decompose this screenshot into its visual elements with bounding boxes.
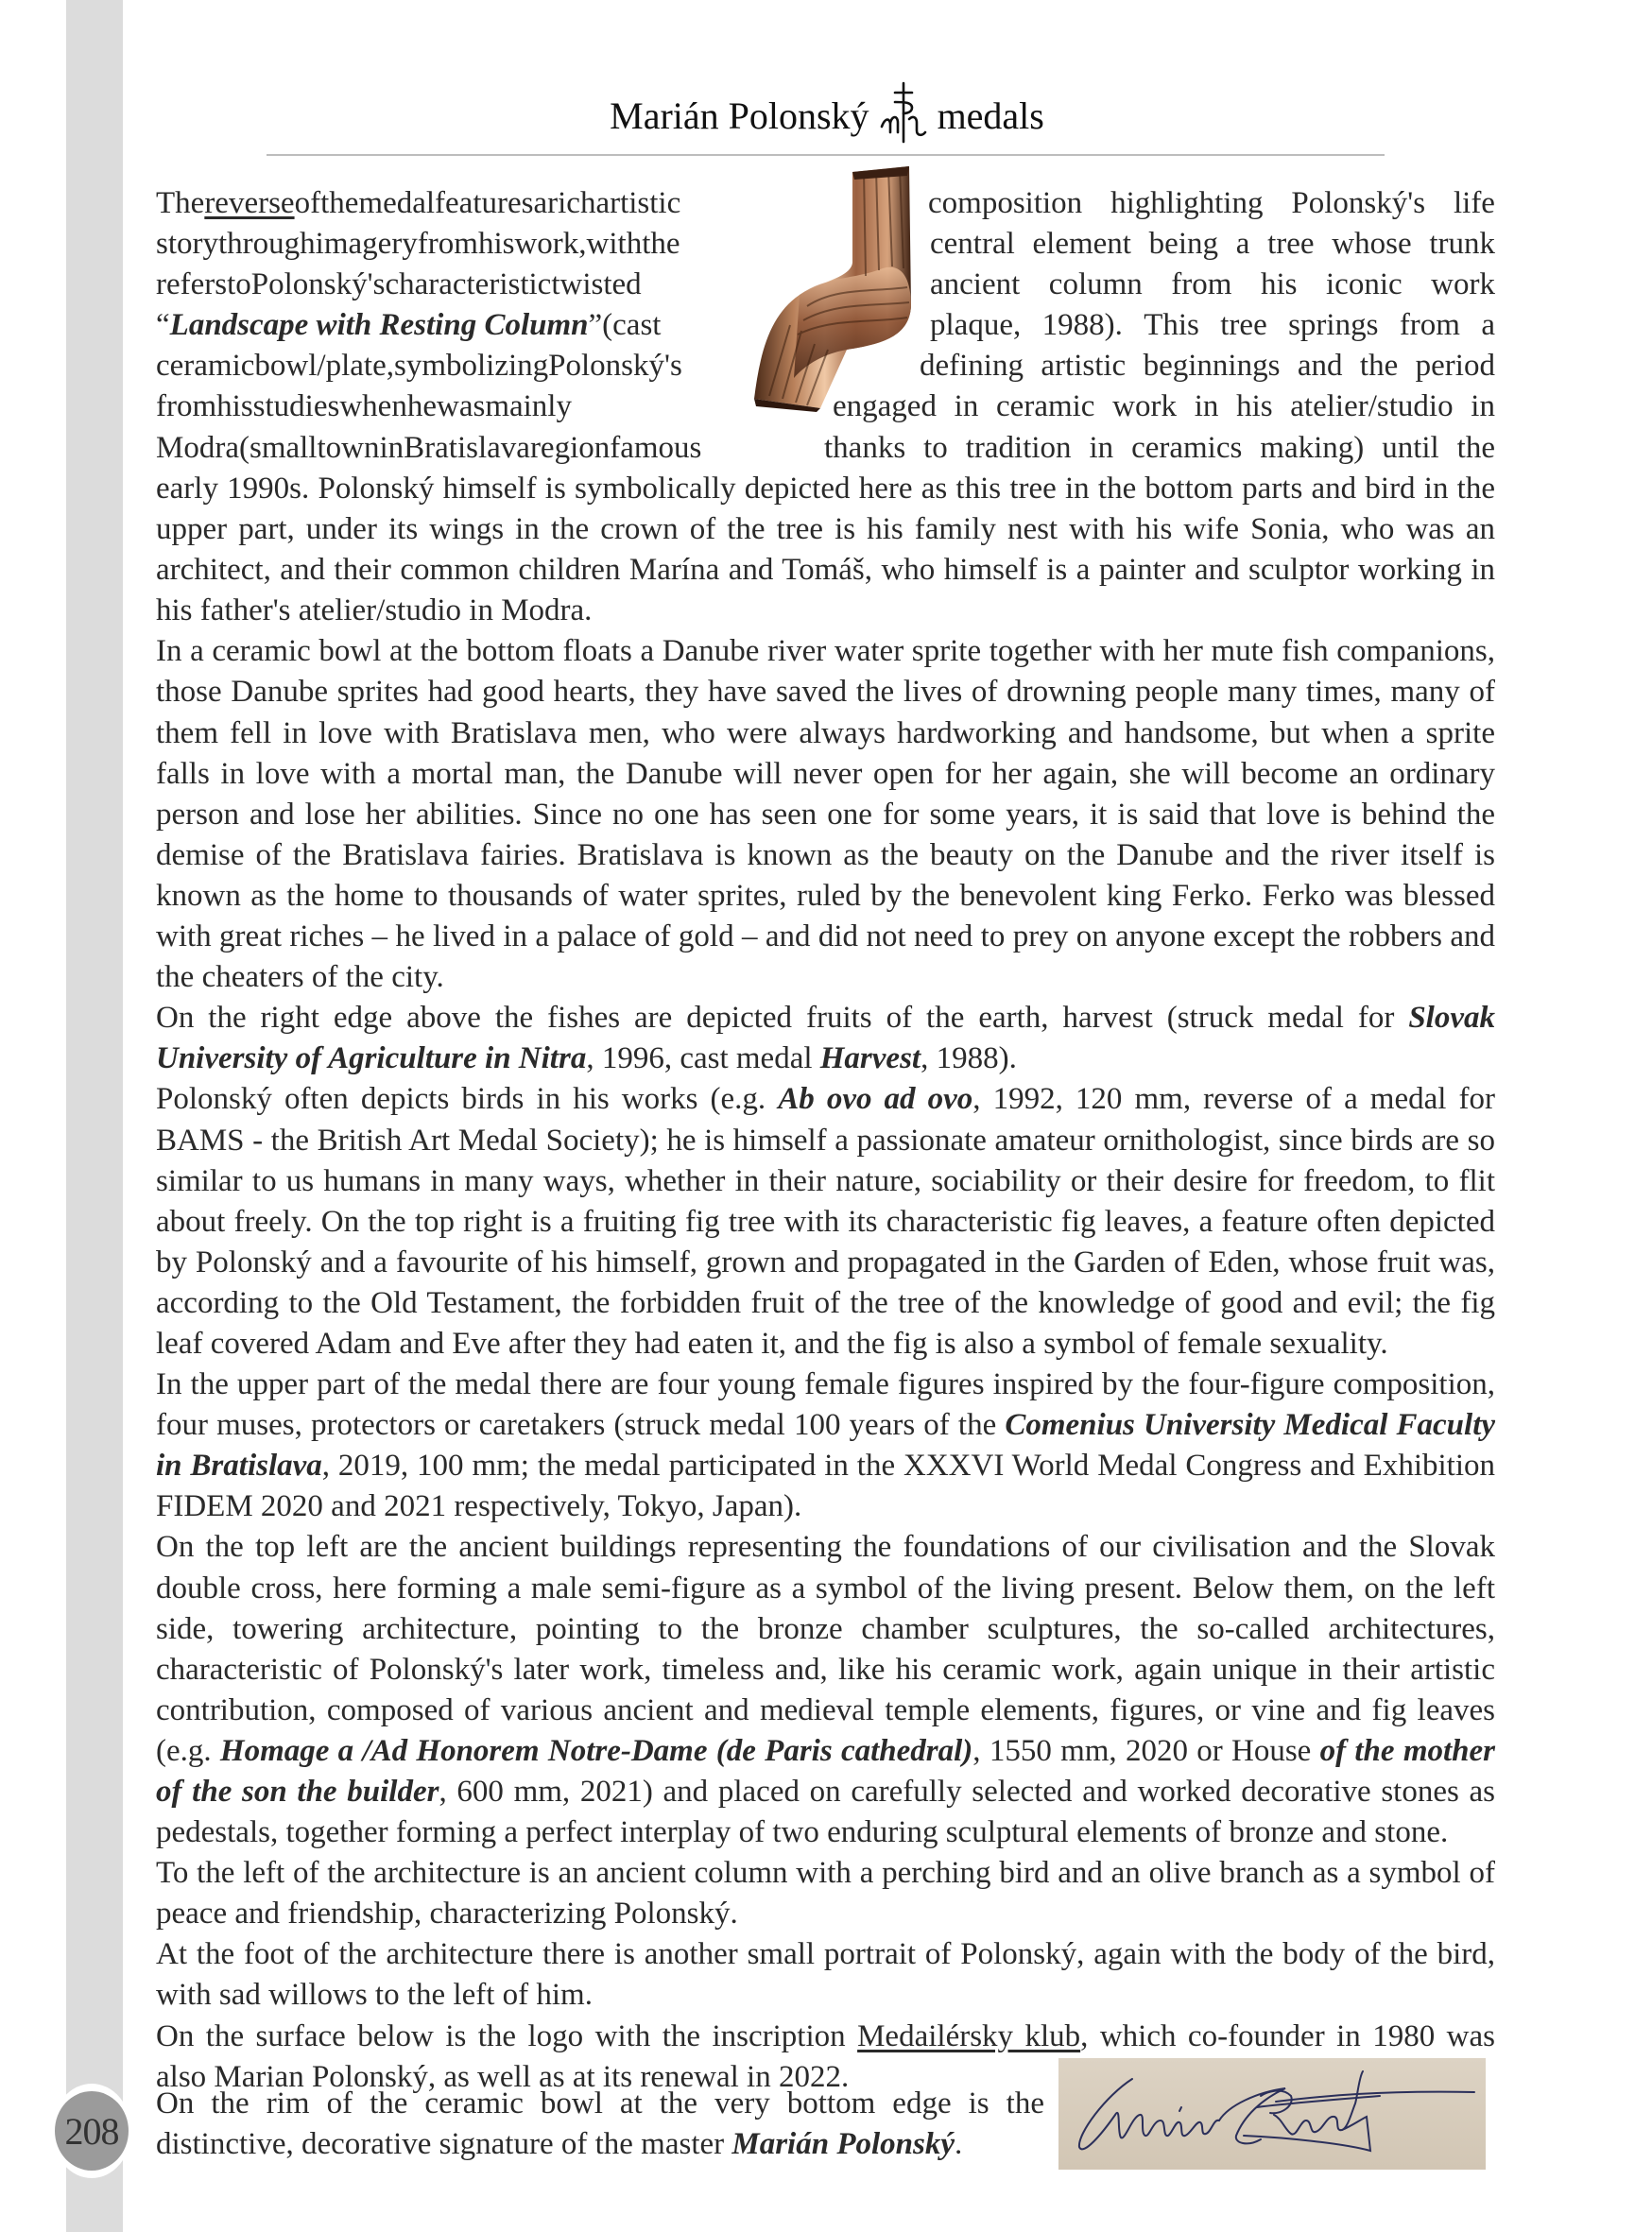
paragraph-birds: Polonský often depicts birds in his work… <box>156 1079 1495 1365</box>
intro-line-left: referstoPolonský'scharacteristictwisted <box>156 265 508 305</box>
intro-line-right: definingartisticbeginningsandtheperiod <box>920 346 1495 386</box>
double-cross-monogram-icon <box>879 81 928 144</box>
paragraph-signature: On the rim of the ceramic bowl at the ve… <box>156 2084 1044 2165</box>
marian-polonsky-signature-image <box>1058 2058 1486 2170</box>
intro-line-left: fromhisstudieswhenhewasmainly <box>156 386 493 427</box>
intro-line-7: Modra(smalltowninBratislavaregionfamous … <box>156 428 1495 469</box>
signature-icon <box>1058 2058 1486 2170</box>
paragraph-muses: In the upper part of the medal there are… <box>156 1365 1495 1527</box>
reverse-link[interactable]: reverse <box>204 183 294 224</box>
page-number: 208 <box>65 2109 119 2154</box>
intro-line-right: thankstotraditioninceramicsmaking)untilt… <box>824 428 1495 469</box>
italic-work-title: Landscape with Resting Column <box>170 308 589 342</box>
intro-line-left: Modra(smalltowninBratislavaregionfamous <box>156 428 564 469</box>
paragraph-medal-club: On the surface below is the logo with th… <box>156 2017 1495 2057</box>
paragraph-family: early 1990s. Polonský himself is symboli… <box>156 469 1495 631</box>
header-title-left: Marián Polonský <box>610 94 869 138</box>
intro-line-left: The reverse ofthemedalfeaturesarichartis… <box>156 183 548 224</box>
intro-line-right: engagedinceramicworkinhisatelier/studioi… <box>833 386 1495 427</box>
header-divider <box>267 154 1385 156</box>
intro-line-right: centralelementbeingatreewhosetrunk <box>930 224 1495 265</box>
intro-line-right: plaque,1988).Thistreespringsfroma <box>930 305 1495 346</box>
intro-line-right: compositionhighlightingPolonský'slife <box>928 183 1495 224</box>
left-margin-strip <box>66 0 123 2232</box>
header-title-right: medals <box>938 94 1044 138</box>
intro-line-left: ceramicbowl/plate,symbolizingPolonský's <box>156 346 494 386</box>
intro-line-left: storythroughimageryfromhiswork,withthe <box>156 224 548 265</box>
medailersky-klub-link[interactable]: Medailérsky klub <box>857 2019 1080 2053</box>
page-number-badge: 208 <box>55 2091 129 2171</box>
paragraph-portrait: At the foot of the architecture there is… <box>156 1934 1495 2016</box>
paragraph-column-bird: To the left of the architecture is an an… <box>156 1853 1495 1934</box>
paragraph-danube-sprite: In a ceramic bowl at the bottom floats a… <box>156 631 1495 998</box>
running-header: Marián Polonský medals <box>265 81 1389 138</box>
paragraph-harvest: On the right edge above the fishes are d… <box>156 998 1495 1079</box>
body-text: early 1990s. Polonský himself is symboli… <box>156 469 1495 2098</box>
twisted-bronze-column-image <box>741 164 922 412</box>
intro-line-left: “Landscape with Resting Column” (cast <box>156 305 503 346</box>
paragraph-architecture: On the top left are the ancient building… <box>156 1527 1495 1853</box>
intro-line-right: ancientcolumnfromhisiconicwork <box>930 265 1495 305</box>
